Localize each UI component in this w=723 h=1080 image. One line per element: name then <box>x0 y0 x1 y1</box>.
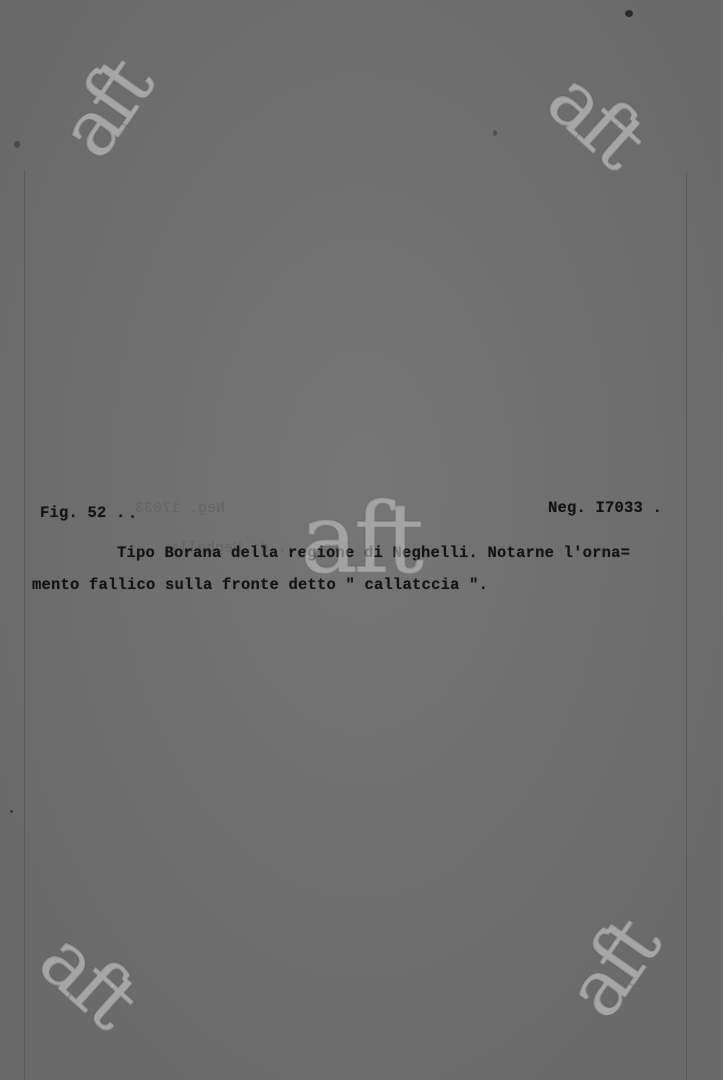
watermark-aft-top-left: aft <box>46 48 164 170</box>
ink-speck <box>493 130 497 136</box>
bleed-through-text: Neg. 17033 <box>135 500 225 517</box>
negative-number: Neg. I7033 . <box>548 499 662 517</box>
watermark-aft-top-right: aft <box>534 58 657 179</box>
caption-line-2: mento fallico sulla fronte detto " calla… <box>32 576 488 594</box>
document-card: Neg. 17033 Tipo ... di Neghelli aft aft … <box>0 0 723 1080</box>
watermark-aft-bottom-left: aft <box>26 918 149 1039</box>
left-margin-rule <box>24 170 25 1080</box>
ink-speck <box>131 515 134 518</box>
ink-speck <box>10 810 13 813</box>
right-margin-rule <box>686 172 687 1080</box>
figure-label: Fig. 52 . <box>40 504 126 522</box>
watermark-aft-bottom-right: aft <box>553 908 671 1030</box>
ink-speck <box>625 10 633 17</box>
watermark-aft-center: aft <box>300 490 419 586</box>
ink-speck <box>14 141 20 148</box>
